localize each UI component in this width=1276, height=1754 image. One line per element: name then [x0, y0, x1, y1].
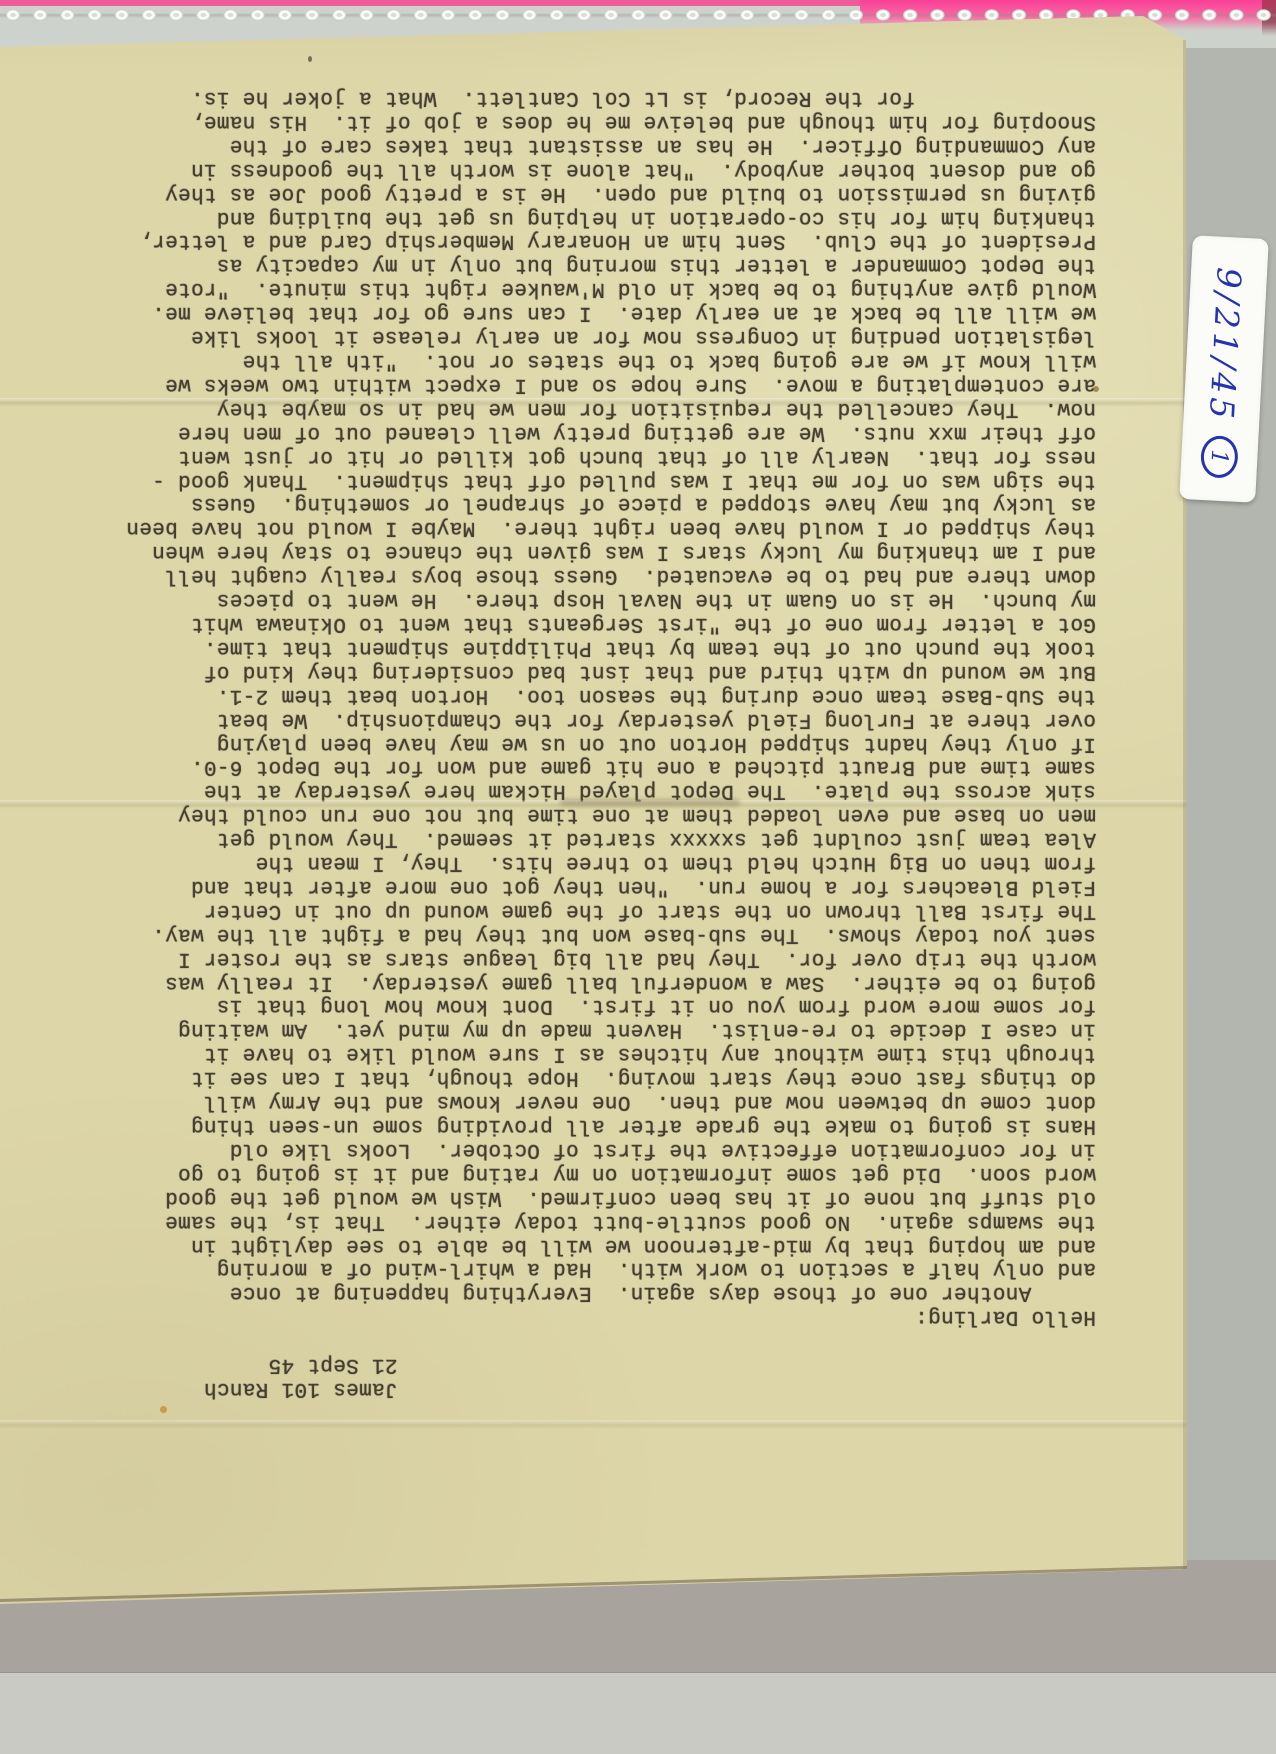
note-page-number: 1 [1206, 449, 1233, 465]
letter-paper: James 101 Ranch 21 Sept 45 Hello Darling… [0, 0, 1276, 1754]
letter-text: James 101 Ranch 21 Sept 45 Hello Darling… [0, 85, 1186, 1600]
paper-stain [308, 56, 312, 62]
note-date: 9/21/45 [1202, 267, 1249, 424]
letter-rotated-block: James 101 Ranch 21 Sept 45 Hello Darling… [0, 40, 1186, 1600]
paper-wrinkle [560, 799, 740, 806]
paper-stain [1093, 386, 1099, 392]
backing-band-light [0, 1672, 1276, 1754]
paper-stain [160, 1406, 167, 1413]
scanned-page: James 101 Ranch 21 Sept 45 Hello Darling… [0, 0, 1276, 1754]
note-page-circle: 1 [1200, 435, 1239, 479]
paper-right-edge-shadow [1183, 40, 1187, 1570]
page-marker-note: 9/21/45 1 [1179, 235, 1269, 503]
